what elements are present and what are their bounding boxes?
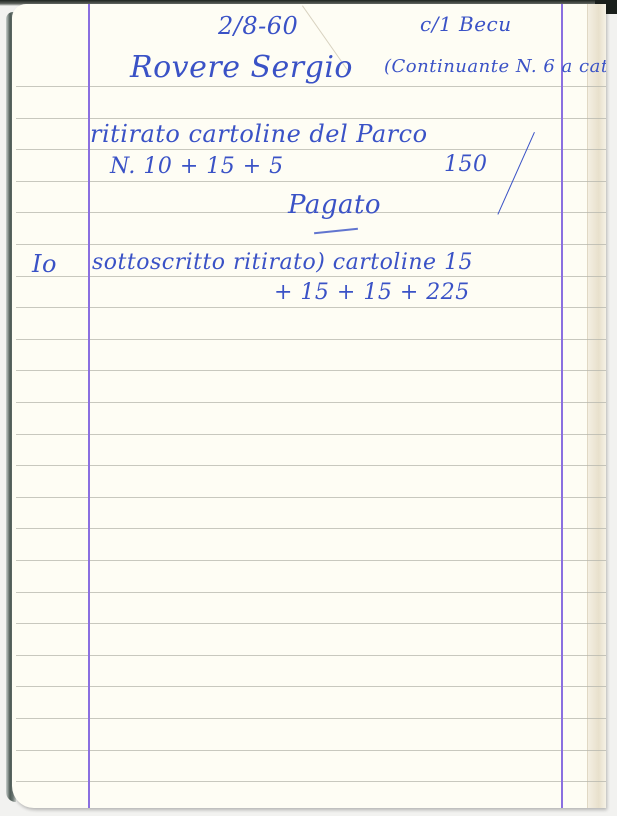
ruled-line — [16, 118, 606, 119]
ruled-line — [16, 781, 606, 782]
right-margin-line — [561, 4, 563, 808]
ruled-line — [16, 497, 606, 498]
ruled-line — [16, 718, 606, 719]
entry-line1: ritirato cartoline del Parco — [90, 120, 428, 148]
entry-note-top: c/1 Becu — [420, 12, 512, 36]
paid-underline — [314, 228, 358, 235]
ruled-line — [16, 86, 606, 87]
ruled-line — [16, 307, 606, 308]
ruled-line — [16, 370, 606, 371]
entry-amount-slash — [497, 132, 535, 215]
ruled-line — [16, 560, 606, 561]
notebook-page: 2/8-60 Rovere Sergio c/1 Becu (Continuan… — [12, 4, 606, 808]
entry-line3: sottoscritto ritirato) cartoline 15 — [92, 250, 473, 275]
page-gutter-shadow — [587, 4, 606, 808]
ruled-line — [16, 592, 606, 593]
ruled-line — [16, 465, 606, 466]
entry-name: Rovere Sergio — [130, 50, 353, 85]
entry-amount: 150 — [444, 152, 488, 177]
entry-paid: Pagato — [288, 190, 381, 220]
ruled-line — [16, 750, 606, 751]
entry-line3-prefix: Io — [32, 250, 57, 278]
ruled-line — [16, 402, 606, 403]
ruled-line — [16, 434, 606, 435]
ruled-line — [16, 623, 606, 624]
ruled-line — [16, 181, 606, 182]
ruled-line — [16, 655, 606, 656]
entry-count: N. 10 + 15 + 5 — [110, 154, 284, 179]
ruled-line — [16, 528, 606, 529]
ruled-line — [16, 339, 606, 340]
ruled-line — [16, 244, 606, 245]
entry-note-paren: (Continuante N. 6 a cat. — [384, 56, 606, 77]
ruled-line — [16, 276, 606, 277]
entry-line4: + 15 + 15 + 225 — [274, 280, 470, 305]
entry-date: 2/8-60 — [218, 12, 298, 40]
ruled-line — [16, 149, 606, 150]
ruled-line — [16, 686, 606, 687]
